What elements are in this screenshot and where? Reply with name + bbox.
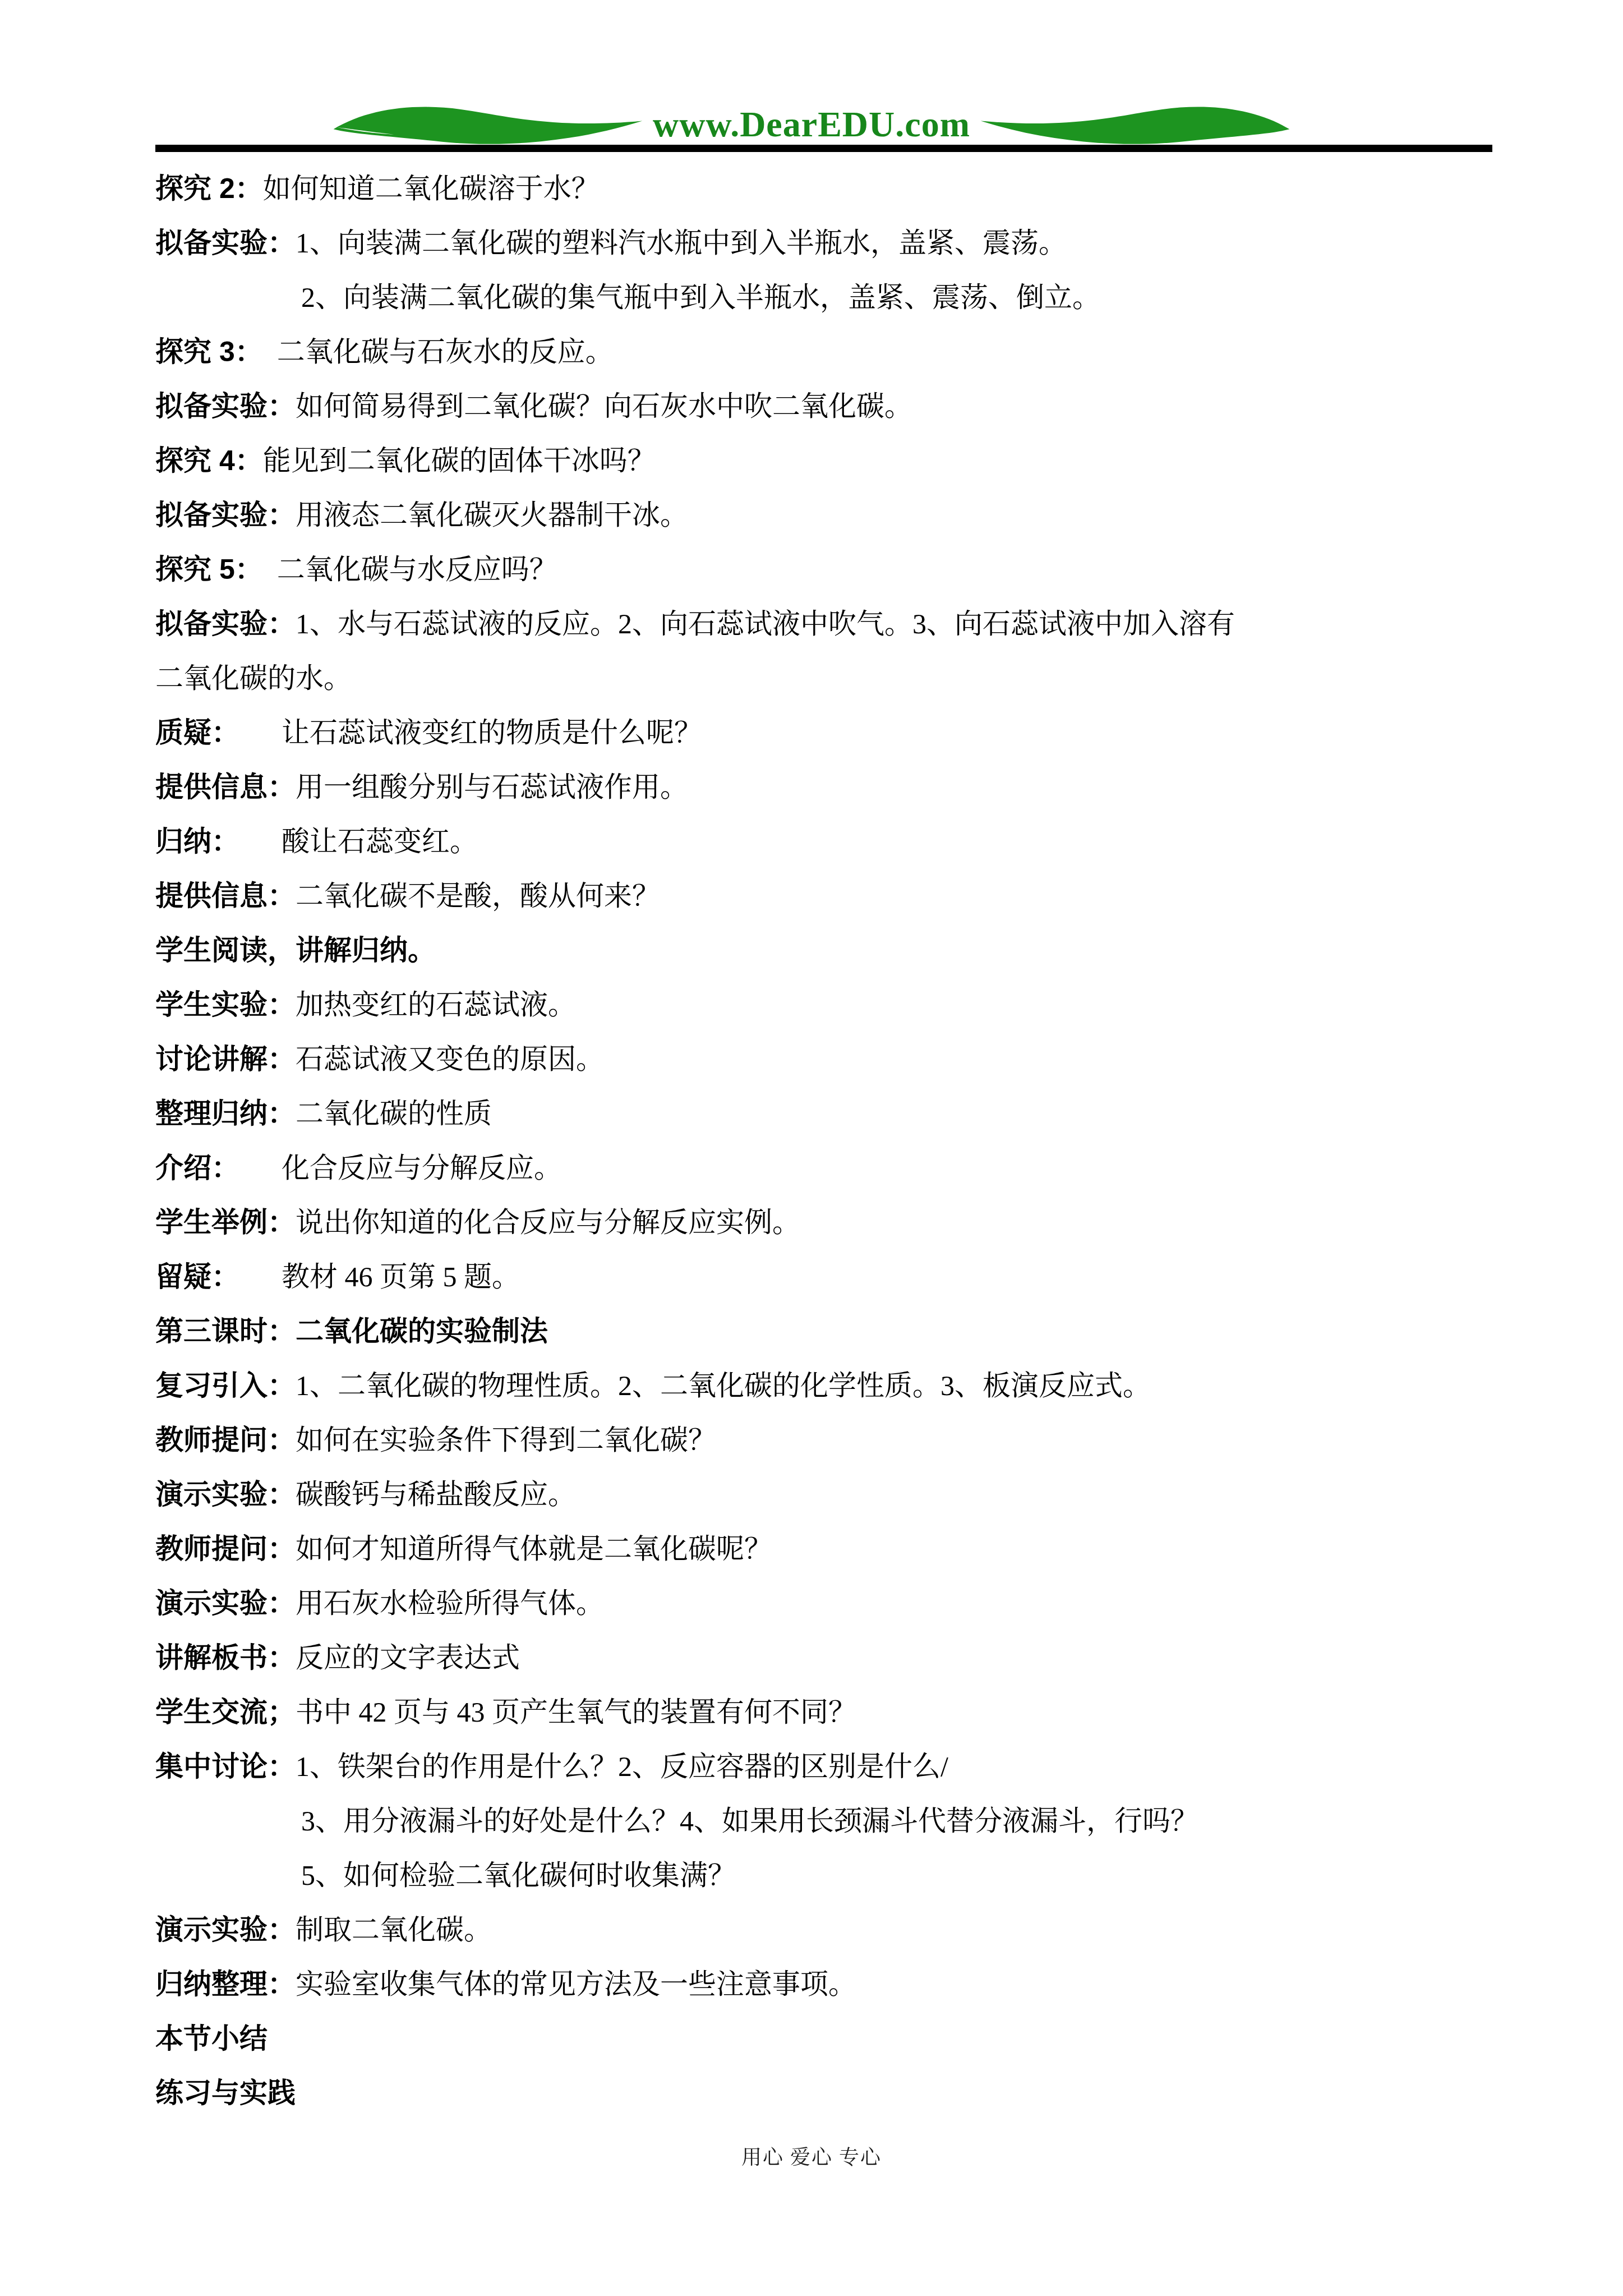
line-label: 拟备实验： [155, 390, 296, 422]
document-line: 讨论讲解：石蕊试液又变色的原因。 [155, 1032, 1501, 1087]
line-text: 说出你知道的化合反应与分解反应实例。 [296, 1207, 800, 1238]
line-text: 二氧化碳的水。 [155, 662, 352, 694]
document-line: 演示实验：制取二氧化碳。 [155, 1903, 1501, 1957]
line-label: 集中讨论： [155, 1751, 296, 1782]
document-line: 归纳整理：实验室收集气体的常见方法及一些注意事项。 [155, 1957, 1501, 2012]
document-line: 留疑： 教材 46 页第 5 题。 [155, 1250, 1501, 1304]
line-label: 学生交流； [155, 1696, 296, 1728]
line-label: 演示实验： [155, 1588, 296, 1619]
document-line: 学生阅读，讲解归纳。 [155, 923, 1501, 978]
line-text: 1、向装满二氧化碳的塑料汽水瓶中到入半瓶水，盖紧、震荡。 [296, 227, 1067, 259]
dearedu-logo: www.DearEDU.com [331, 102, 1292, 147]
line-label: 留疑： [155, 1261, 225, 1292]
line-label: 拟备实验： [155, 499, 296, 531]
line-label: 学生实验： [155, 989, 296, 1020]
line-label: 学生阅读，讲解归纳。 [155, 935, 436, 966]
line-text: 书中 42 页与 43 页产生氧气的装置有何不同？ [296, 1696, 856, 1728]
document-line: 3、用分液漏斗的好处是什么？4、如果用长颈漏斗代替分液漏斗，行吗？ [155, 1794, 1501, 1848]
page-footer: 用心 爱心 专心 [0, 2145, 1623, 2170]
line-text: 化合反应与分解反应。 [225, 1152, 562, 1184]
line-text: 二氧化碳不是酸，酸从何来？ [296, 880, 660, 912]
line-label: 本节小结 [155, 2023, 268, 2054]
document-body: 探究 2：如何知道二氧化碳溶于水？拟备实验：1、向装满二氧化碳的塑料汽水瓶中到入… [155, 162, 1501, 2120]
document-line: 探究 5： 二氧化碳与水反应吗？ [155, 542, 1501, 597]
line-text: 酸让石蕊变红。 [225, 826, 478, 857]
leaf-swoosh-icon [331, 102, 645, 147]
document-line: 提供信息：二氧化碳不是酸，酸从何来？ [155, 869, 1501, 923]
document-line: 学生交流；书中 42 页与 43 页产生氧气的装置有何不同？ [155, 1685, 1501, 1740]
document-line: 拟备实验：如何简易得到二氧化碳？向石灰水中吹二氧化碳。 [155, 379, 1501, 434]
line-text: 实验室收集气体的常见方法及一些注意事项。 [296, 1968, 856, 2000]
line-label: 提供信息： [155, 771, 296, 803]
document-line: 拟备实验：用液态二氧化碳灭火器制干冰。 [155, 488, 1501, 542]
line-label: 探究 4： [155, 445, 263, 476]
line-label: 介绍： [155, 1152, 225, 1184]
line-label: 教师提问： [155, 1424, 296, 1456]
line-label: 质疑： [155, 717, 225, 748]
line-label: 讲解板书： [155, 1642, 296, 1673]
document-line: 归纳： 酸让石蕊变红。 [155, 815, 1501, 869]
document-line: 介绍： 化合反应与分解反应。 [155, 1141, 1501, 1195]
line-text: 如何才知道所得气体就是二氧化碳呢？ [296, 1533, 772, 1565]
line-label: 学生举例： [155, 1207, 296, 1238]
leaf-swoosh-icon [978, 102, 1292, 147]
line-text: 用液态二氧化碳灭火器制干冰。 [296, 499, 688, 531]
line-label: 探究 2： [155, 173, 263, 204]
document-line: 第三课时：二氧化碳的实验制法 [155, 1304, 1501, 1359]
line-label: 练习与实践 [155, 2077, 296, 2109]
line-text: 如何在实验条件下得到二氧化碳？ [296, 1424, 716, 1456]
document-line: 探究 4：能见到二氧化碳的固体干冰吗？ [155, 434, 1501, 488]
line-text: 能见到二氧化碳的固体干冰吗？ [263, 445, 656, 476]
document-line: 拟备实验：1、向装满二氧化碳的塑料汽水瓶中到入半瓶水，盖紧、震荡。 [155, 216, 1501, 270]
line-label: 归纳： [155, 826, 225, 857]
line-label: 拟备实验： [155, 608, 296, 639]
line-text: 二氧化碳与水反应吗？ [249, 554, 557, 585]
logo-text: www.DearEDU.com [653, 102, 970, 147]
line-text: 用一组酸分别与石蕊试液作用。 [296, 771, 688, 803]
line-label: 探究 3： [155, 336, 249, 367]
line-text: 制取二氧化碳。 [296, 1914, 492, 1945]
header-divider [155, 145, 1492, 152]
line-label: 讨论讲解： [155, 1043, 296, 1075]
document-line: 教师提问：如何在实验条件下得到二氧化碳？ [155, 1413, 1501, 1467]
document-line: 教师提问：如何才知道所得气体就是二氧化碳呢？ [155, 1522, 1501, 1576]
line-text: 5、如何检验二氧化碳何时收集满？ [301, 1860, 736, 1891]
line-text: 1、水与石蕊试液的反应。2、向石蕊试液中吹气。3、向石蕊试液中加入溶有 [296, 608, 1235, 639]
document-line: 学生实验：加热变红的石蕊试液。 [155, 978, 1501, 1032]
line-text: 二氧化碳的性质 [296, 1098, 492, 1129]
document-line: 2、向装满二氧化碳的集气瓶中到入半瓶水，盖紧、震荡、倒立。 [155, 270, 1501, 325]
line-label: 第三课时：二氧化碳的实验制法 [155, 1315, 548, 1347]
document-line: 复习引入：1、二氧化碳的物理性质。2、二氧化碳的化学性质。3、板演反应式。 [155, 1359, 1501, 1413]
line-text: 碳酸钙与稀盐酸反应。 [296, 1479, 576, 1510]
line-text: 教材 46 页第 5 题。 [225, 1261, 520, 1292]
line-text: 二氧化碳与石灰水的反应。 [249, 336, 614, 367]
line-label: 拟备实验： [155, 227, 296, 259]
line-text: 3、用分液漏斗的好处是什么？4、如果用长颈漏斗代替分液漏斗，行吗？ [301, 1805, 1198, 1837]
line-label: 教师提问： [155, 1533, 296, 1565]
line-text: 让石蕊试液变红的物质是什么呢？ [225, 717, 702, 748]
document-line: 二氧化碳的水。 [155, 651, 1501, 706]
line-text: 如何简易得到二氧化碳？向石灰水中吹二氧化碳。 [296, 390, 912, 422]
document-line: 整理归纳：二氧化碳的性质 [155, 1087, 1501, 1141]
document-line: 集中讨论：1、铁架台的作用是什么？2、反应容器的区别是什么/ [155, 1740, 1501, 1794]
line-label: 探究 5： [155, 554, 249, 585]
document-line: 提供信息：用一组酸分别与石蕊试液作用。 [155, 760, 1501, 815]
document-line: 练习与实践 [155, 2066, 1501, 2120]
document-line: 本节小结 [155, 2012, 1501, 2066]
line-text: 反应的文字表达式 [296, 1642, 520, 1673]
line-text: 1、二氧化碳的物理性质。2、二氧化碳的化学性质。3、板演反应式。 [296, 1370, 1151, 1401]
document-line: 质疑： 让石蕊试液变红的物质是什么呢？ [155, 706, 1501, 760]
document-line: 探究 3： 二氧化碳与石灰水的反应。 [155, 325, 1501, 379]
document-line: 拟备实验：1、水与石蕊试液的反应。2、向石蕊试液中吹气。3、向石蕊试液中加入溶有 [155, 597, 1501, 651]
document-line: 演示实验：用石灰水检验所得气体。 [155, 1576, 1501, 1631]
line-label: 演示实验： [155, 1914, 296, 1945]
line-label: 演示实验： [155, 1479, 296, 1510]
line-label: 提供信息： [155, 880, 296, 912]
line-text: 加热变红的石蕊试液。 [296, 989, 576, 1020]
document-line: 学生举例：说出你知道的化合反应与分解反应实例。 [155, 1195, 1501, 1250]
line-text: 1、铁架台的作用是什么？2、反应容器的区别是什么/ [296, 1751, 948, 1782]
document-line: 5、如何检验二氧化碳何时收集满？ [155, 1848, 1501, 1903]
document-line: 讲解板书：反应的文字表达式 [155, 1631, 1501, 1685]
line-label: 归纳整理： [155, 1968, 296, 2000]
line-text: 用石灰水检验所得气体。 [296, 1588, 604, 1619]
line-label: 复习引入： [155, 1370, 296, 1401]
line-label: 整理归纳： [155, 1098, 296, 1129]
document-line: 探究 2：如何知道二氧化碳溶于水？ [155, 162, 1501, 216]
line-text: 石蕊试液又变色的原因。 [296, 1043, 604, 1075]
footer-text: 用心 爱心 专心 [741, 2146, 882, 2169]
document-line: 演示实验：碳酸钙与稀盐酸反应。 [155, 1467, 1501, 1522]
line-text: 2、向装满二氧化碳的集气瓶中到入半瓶水，盖紧、震荡、倒立。 [301, 282, 1100, 313]
document-page: www.DearEDU.com 探究 2：如何知道二氧化碳溶于水？拟备实验：1、… [0, 0, 1623, 2296]
line-text: 如何知道二氧化碳溶于水？ [263, 173, 600, 204]
